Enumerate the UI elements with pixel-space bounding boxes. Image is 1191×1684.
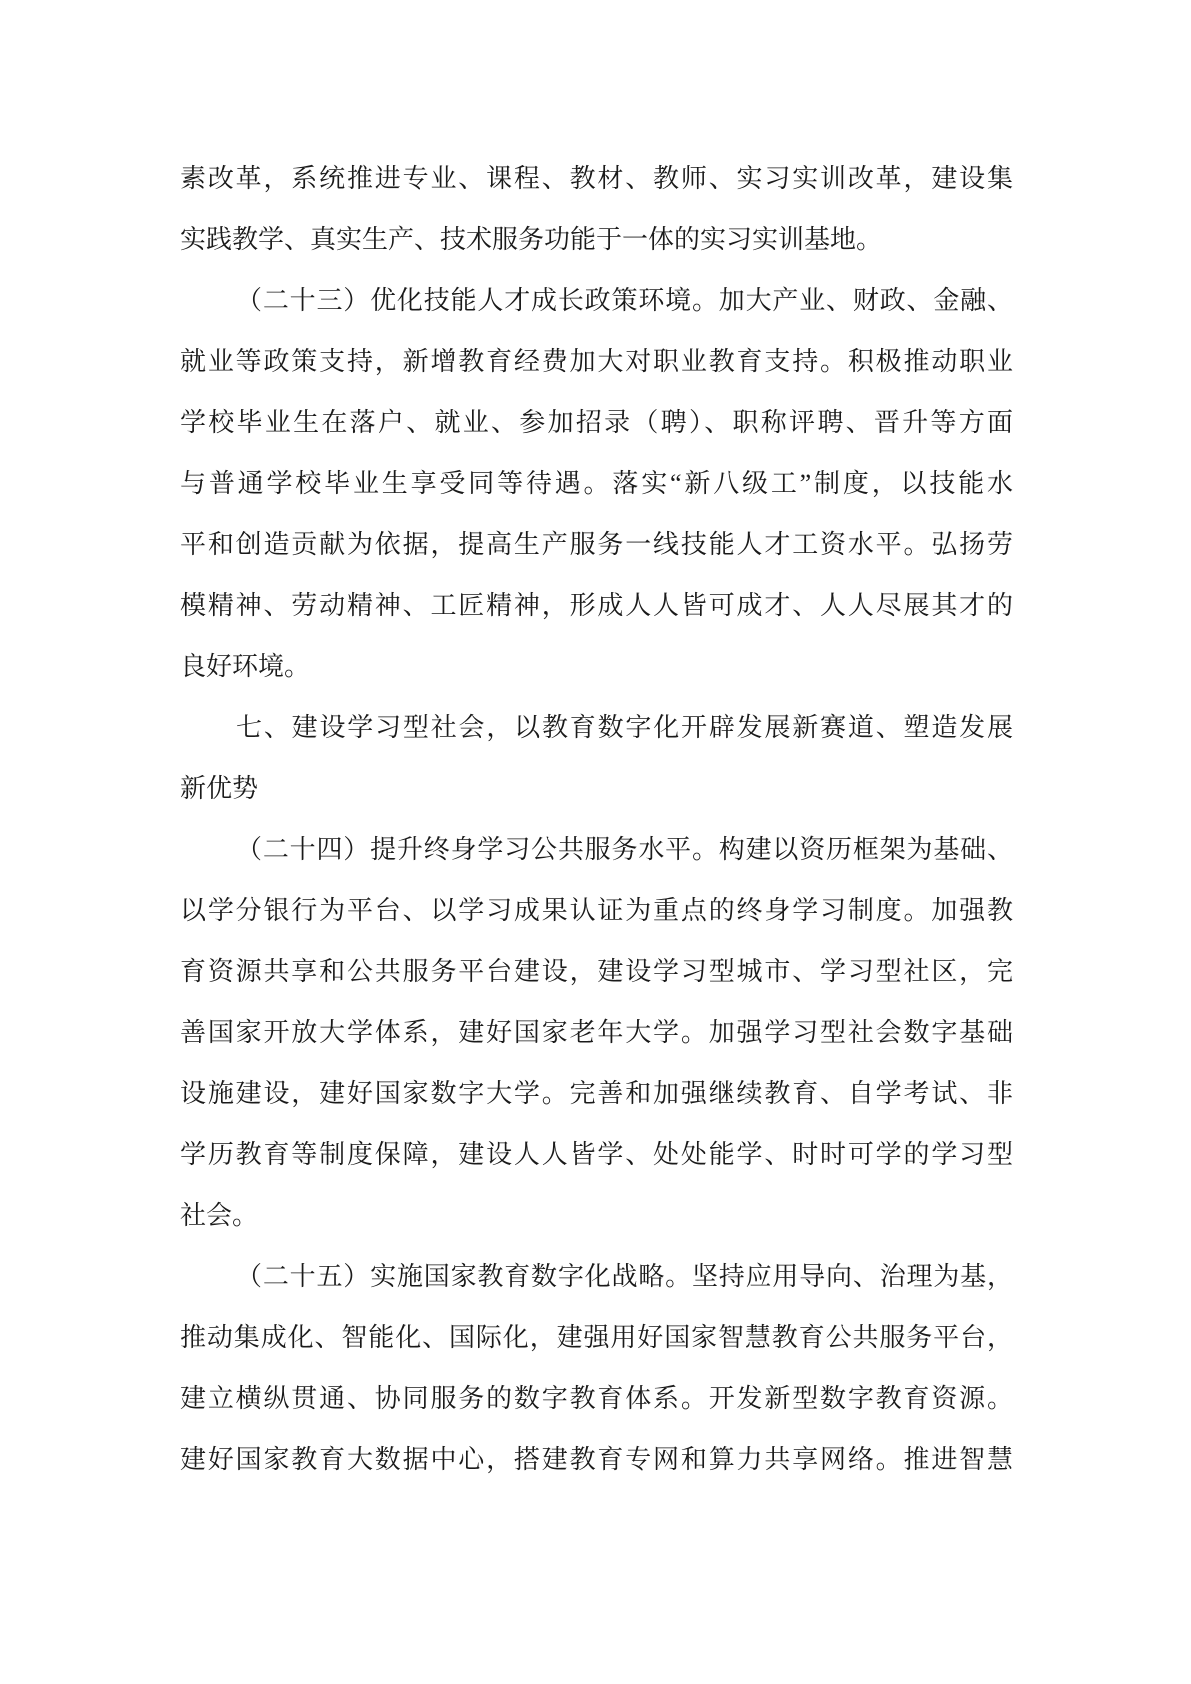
paragraph-continuation: 素改革，系统推进专业、课程、教材、教师、实习实训改革，建设集 实践教学、真实生产…: [180, 148, 1013, 270]
text-line: 善国家开放大学体系，建好国家老年大学。加强学习型社会数字基础: [180, 1002, 1013, 1063]
text-line: 素改革，系统推进专业、课程、教材、教师、实习实训改革，建设集: [180, 148, 1013, 209]
text-line: （二十五）实施国家教育数字化战略。坚持应用导向、治理为基，: [180, 1246, 1013, 1307]
text-line: 设施建设，建好国家数字大学。完善和加强继续教育、自学考试、非: [180, 1063, 1013, 1124]
text-line: 建好国家教育大数据中心，搭建教育专网和算力共享网络。推进智慧: [180, 1429, 1013, 1490]
section-heading-7: 七、建设学习型社会，以教育数字化开辟发展新赛道、塑造发展 新优势: [180, 697, 1013, 819]
paragraph-item-23: （二十三）优化技能人才成长政策环境。加大产业、财政、金融、 就业等政策支持，新增…: [180, 270, 1013, 697]
text-line: 推动集成化、智能化、国际化，建强用好国家智慧教育公共服务平台，: [180, 1307, 1013, 1368]
heading-line: 新优势: [180, 758, 1013, 819]
text-line: 学校毕业生在落户、就业、参加招录（聘）、职称评聘、晋升等方面: [180, 392, 1013, 453]
text-line: 实践教学、真实生产、技术服务功能于一体的实习实训基地。: [180, 209, 1013, 270]
document-page: 素改革，系统推进专业、课程、教材、教师、实习实训改革，建设集 实践教学、真实生产…: [0, 0, 1191, 1684]
text-line: 社会。: [180, 1185, 1013, 1246]
text-line: 建立横纵贯通、协同服务的数字教育体系。开发新型数字教育资源。: [180, 1368, 1013, 1429]
text-line: （二十三）优化技能人才成长政策环境。加大产业、财政、金融、: [180, 270, 1013, 331]
text-line: 育资源共享和公共服务平台建设，建设学习型城市、学习型社区，完: [180, 941, 1013, 1002]
text-line: 平和创造贡献为依据，提高生产服务一线技能人才工资水平。弘扬劳: [180, 514, 1013, 575]
text-line: 学历教育等制度保障，建设人人皆学、处处能学、时时可学的学习型: [180, 1124, 1013, 1185]
text-line: 模精神、劳动精神、工匠精神，形成人人皆可成才、人人尽展其才的: [180, 575, 1013, 636]
text-line: 就业等政策支持，新增教育经费加大对职业教育支持。积极推动职业: [180, 331, 1013, 392]
text-line: 良好环境。: [180, 636, 1013, 697]
text-line: （二十四）提升终身学习公共服务水平。构建以资历框架为基础、: [180, 819, 1013, 880]
text-line: 与普通学校毕业生享受同等待遇。落实“新八级工”制度，以技能水: [180, 453, 1013, 514]
paragraph-item-25: （二十五）实施国家教育数字化战略。坚持应用导向、治理为基， 推动集成化、智能化、…: [180, 1246, 1013, 1490]
document-body: 素改革，系统推进专业、课程、教材、教师、实习实训改革，建设集 实践教学、真实生产…: [180, 148, 1013, 1490]
paragraph-item-24: （二十四）提升终身学习公共服务水平。构建以资历框架为基础、 以学分银行为平台、以…: [180, 819, 1013, 1246]
text-line: 以学分银行为平台、以学习成果认证为重点的终身学习制度。加强教: [180, 880, 1013, 941]
heading-line: 七、建设学习型社会，以教育数字化开辟发展新赛道、塑造发展: [180, 697, 1013, 758]
